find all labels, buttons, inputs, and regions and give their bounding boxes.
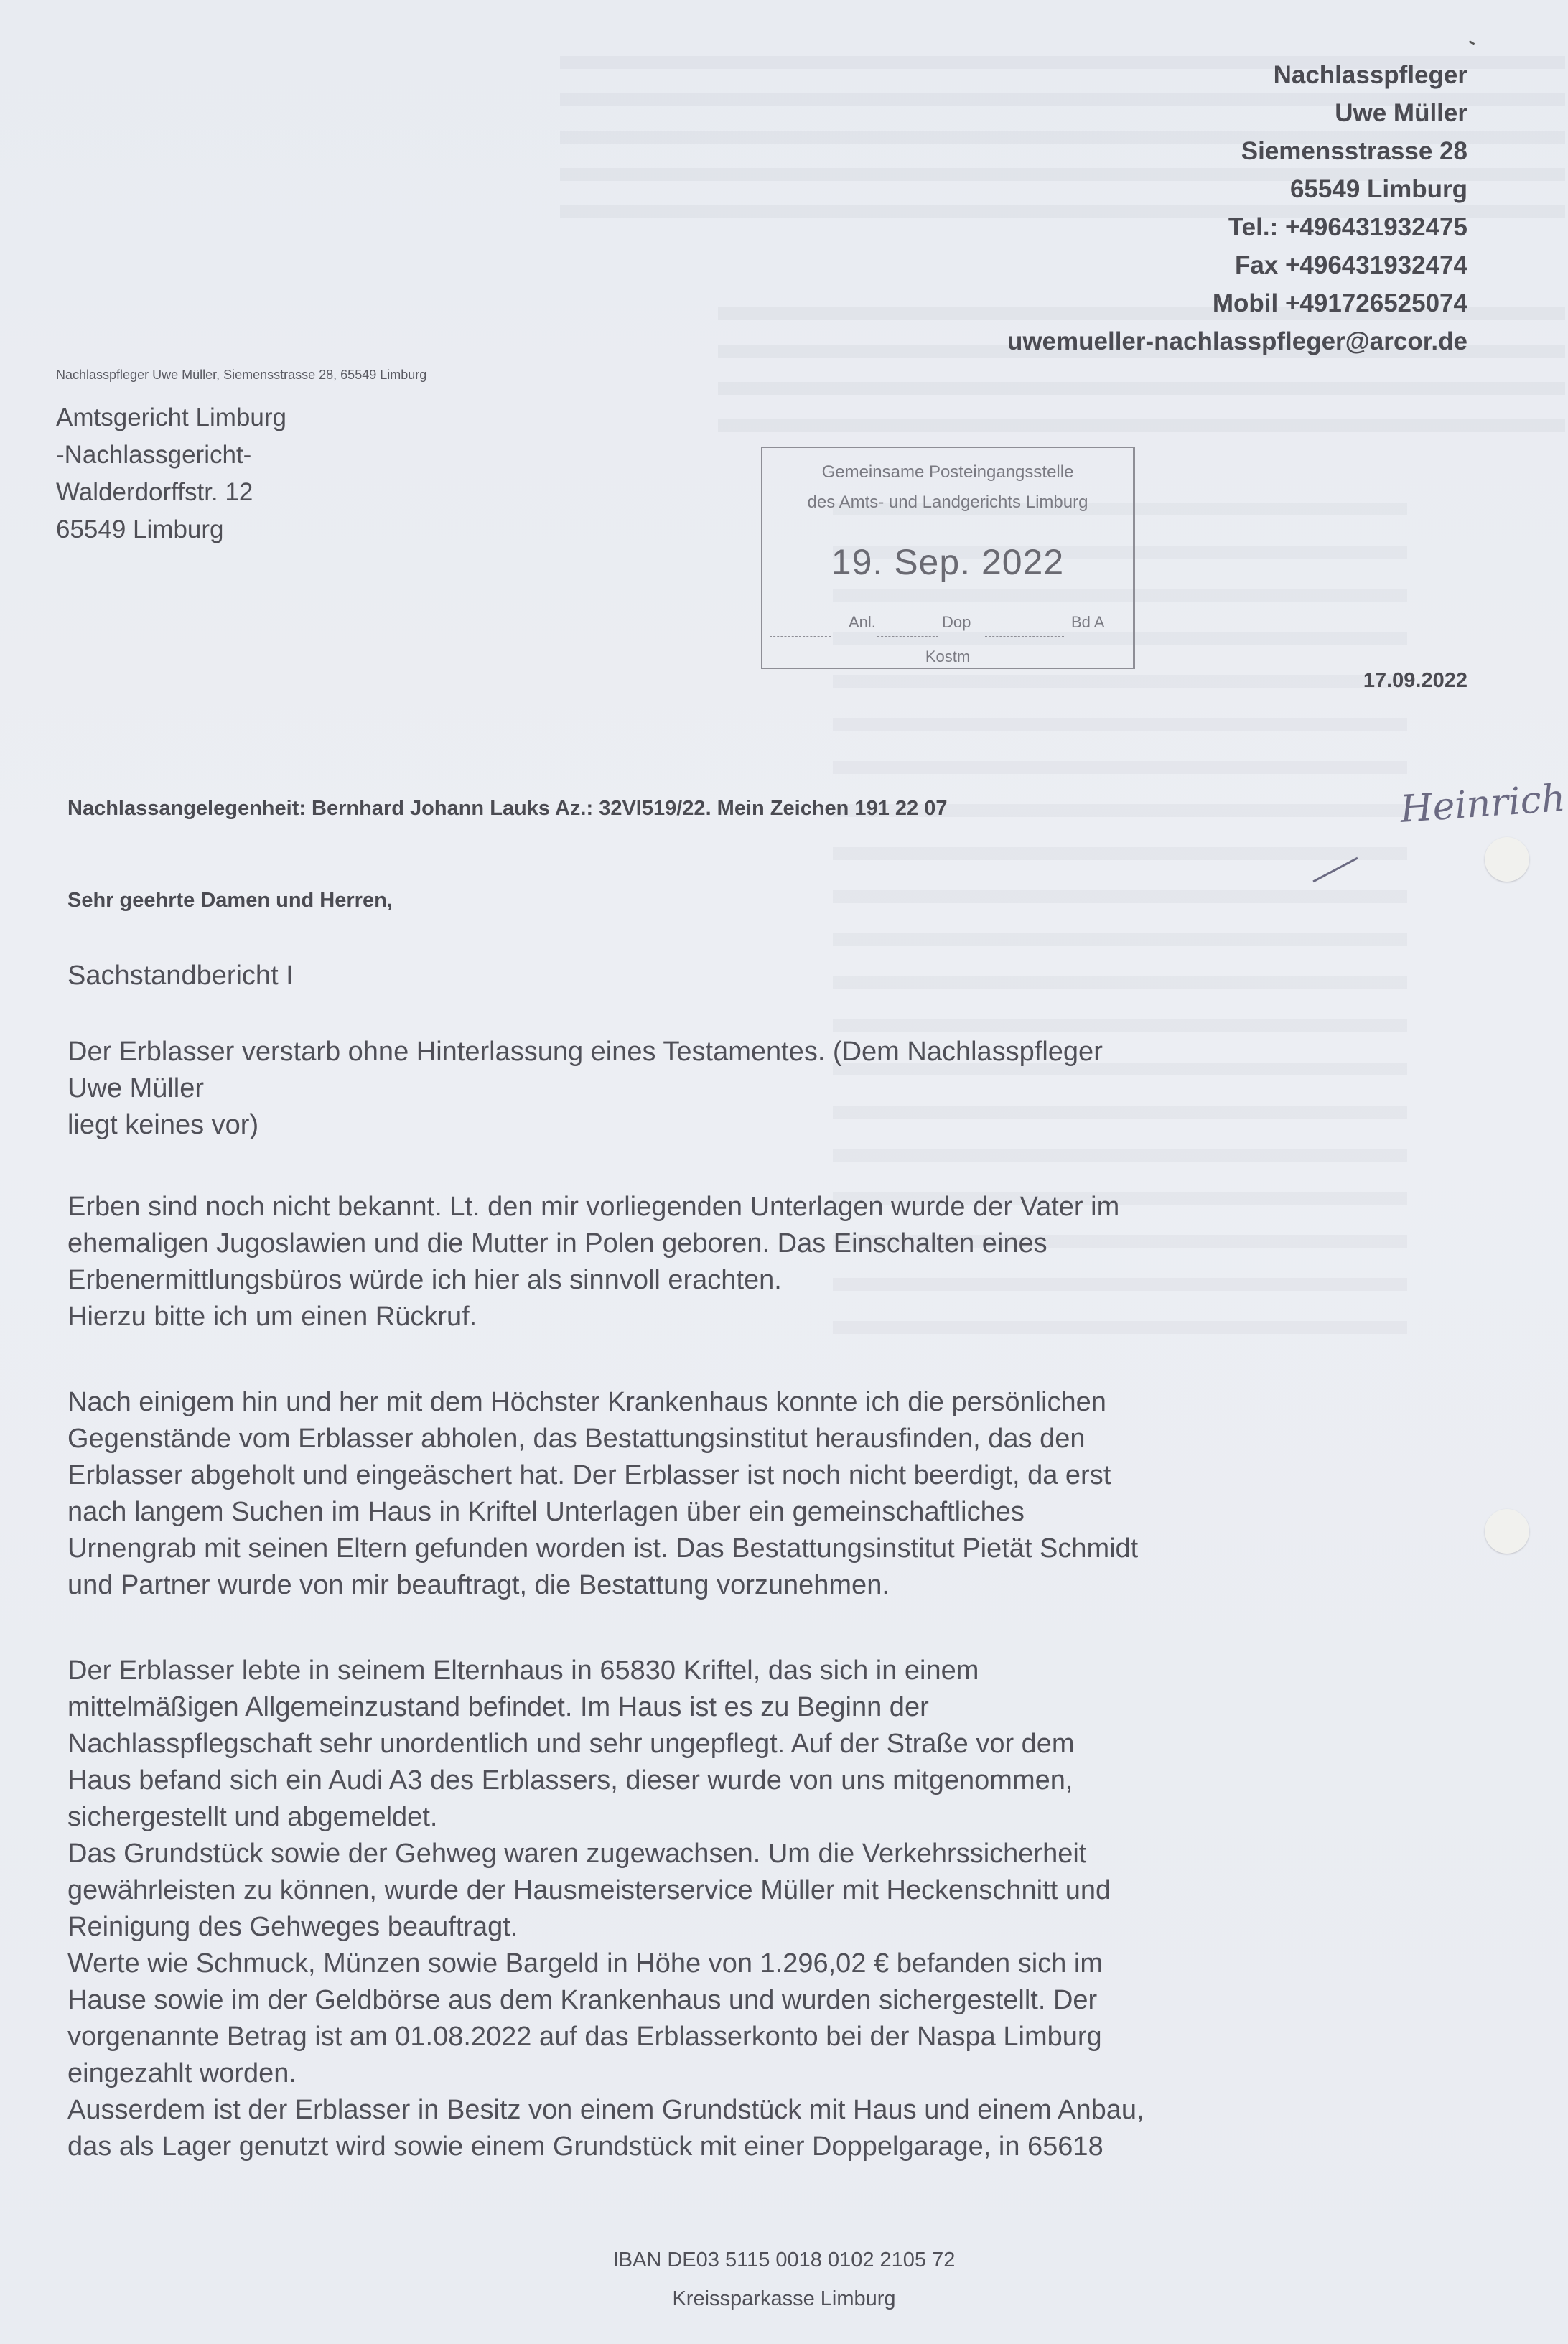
report-heading-block: Sachstandbericht I [67,958,1475,994]
paragraph-line: liegt keines vor) [67,1107,1475,1144]
paragraph-line: Reinigung des Gehweges beauftragt. [67,1909,1475,1946]
salutation: Sehr geehrte Damen und Herren, [67,889,393,912]
receipt-stamp: Gemeinsame Posteingangsstelle des Amts- … [761,447,1135,669]
paragraph-line: und Partner wurde von mir beauftragt, di… [67,1567,1475,1604]
stamp-fields: Anl. Dop Bd A [762,606,1133,635]
sender-mobile: Mobil +491726525074 [1007,284,1467,322]
paragraph-line: Hause sowie im der Geldbörse aus dem Kra… [67,1982,1475,2019]
paragraph-line: Uwe Müller [67,1070,1475,1107]
stamp-field-kostm: Kostm [762,648,1133,666]
paragraph-line: Das Grundstück sowie der Gehweg waren zu… [67,1836,1475,1872]
recipient-city: 65549 Limburg [56,511,286,548]
stamp-underline [985,636,1064,637]
paragraph-line: Der Erblasser verstarb ohne Hinterlassun… [67,1034,1475,1070]
stamp-line-2: des Amts- und Landgerichts Limburg [762,492,1133,513]
recipient-department: -Nachlassgericht- [56,436,286,474]
paragraph-line: Werte wie Schmuck, Münzen sowie Bargeld … [67,1946,1475,1982]
footer-bank: Kreissparkasse Limburg [0,2287,1568,2311]
paragraph-line: Haus befand sich ein Audi A3 des Erblass… [67,1762,1475,1799]
paragraph-line: Erblasser abgeholt und eingeäschert hat.… [67,1457,1475,1494]
paragraph-line: gewährleisten zu können, wurde der Hausm… [67,1872,1475,1909]
paragraph-line: Der Erblasser lebte in seinem Elternhaus… [67,1653,1475,1689]
paragraph-testament: Der Erblasser verstarb ohne Hinterlassun… [67,1034,1475,1144]
sender-city: 65549 Limburg [1007,170,1467,208]
paragraph-line: ehemaligen Jugoslawien und die Mutter in… [67,1225,1475,1262]
sender-block: Nachlasspfleger Uwe Müller Siemensstrass… [1007,56,1467,360]
paragraph-line: Gegenstände vom Erblasser abholen, das B… [67,1421,1475,1457]
stamp-underline [770,636,831,637]
footer-iban: IBAN DE03 5115 0018 0102 2105 72 [0,2249,1568,2272]
stamp-field-dop: Dop [942,613,971,632]
paragraph-line: Nach einigem hin und her mit dem Höchste… [67,1384,1475,1421]
paragraph-line: Urnengrab mit seinen Eltern gefunden wor… [67,1531,1475,1567]
recipient-street: Walderdorffstr. 12 [56,474,286,511]
stamp-date: 19. Sep. 2022 [762,541,1133,583]
paragraph-line: das als Lager genutzt wird sowie einem G… [67,2129,1475,2165]
scanned-letter-page: Nachlasspfleger Uwe Müller Siemensstrass… [0,0,1568,2344]
return-address-line: Nachlasspfleger Uwe Müller, Siemensstras… [56,368,426,383]
sender-fax: Fax +496431932474 [1007,246,1467,284]
stamp-line-1: Gemeinsame Posteingangsstelle [762,462,1133,482]
paragraph-line: Nachlasspflegschaft sehr unordentlich un… [67,1726,1475,1762]
subject-line: Nachlassangelegenheit: Bernhard Johann L… [67,797,947,821]
paragraph-line: vorgenannte Betrag ist am 01.08.2022 auf… [67,2019,1475,2055]
paragraph-heirs: Erben sind noch nicht bekannt. Lt. den m… [67,1189,1475,1335]
report-heading: Sachstandbericht I [67,958,1475,994]
recipient-block: Amtsgericht Limburg -Nachlassgericht- Wa… [56,399,286,548]
punch-hole [1485,837,1529,882]
paragraph-line: sichergestellt und abgemeldet. [67,1799,1475,1836]
paragraph-line: Erbenermittlungsbüros würde ich hier als… [67,1262,1475,1299]
punch-hole [1485,1509,1529,1554]
paragraph-line: Hierzu bitte ich um einen Rückruf. [67,1299,1475,1335]
stamp-underline [877,636,938,637]
sender-email: uwemueller-nachlasspfleger@arcor.de [1007,322,1467,360]
sender-title: Nachlasspfleger [1007,56,1467,94]
paragraph-line: Erben sind noch nicht bekannt. Lt. den m… [67,1189,1475,1225]
paragraph-line: nach langem Suchen im Haus in Kriftel Un… [67,1494,1475,1531]
handwritten-note: Heinrich [1399,777,1567,831]
sender-name: Uwe Müller [1007,94,1467,132]
paragraph-property: Der Erblasser lebte in seinem Elternhaus… [67,1653,1475,2165]
letter-date: 17.09.2022 [1363,669,1467,693]
recipient-court: Amtsgericht Limburg [56,399,286,436]
paragraph-line: mittelmäßigen Allgemeinzustand befindet.… [67,1689,1475,1726]
sender-phone: Tel.: +496431932475 [1007,208,1467,246]
stamp-field-bd: Bd A [1071,613,1104,632]
stamp-field-anl: Anl. [849,613,876,632]
sender-street: Siemensstrasse 28 [1007,132,1467,170]
paragraph-burial: Nach einigem hin und her mit dem Höchste… [67,1384,1475,1604]
paragraph-line: eingezahlt worden. [67,2055,1475,2092]
paragraph-line: Ausserdem ist der Erblasser in Besitz vo… [67,2092,1475,2129]
